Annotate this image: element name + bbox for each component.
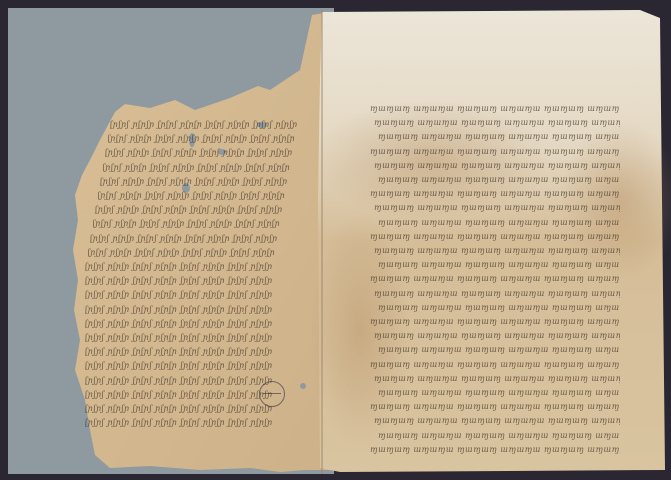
script-line: ɱɯɱɯɱ ɯɱɯɱɯ ɱɯɱɯɱ ɯɱɯɱɯ ɱɯɱɯɱ ɯɱɯɱɯ ɱɯɱɯ…	[378, 132, 620, 141]
script-line: ʃɲʃɲʃ ɲʃɲʃɲ ʃɲʃɲʃ ɲʃɲʃɲ ʃɲʃɲʃ ɲʃɲʃɲ ʃɲʃɲ…	[85, 333, 300, 342]
script-line: ʃɲʃɲʃ ɲʃɲʃɲ ʃɲʃɲʃ ɲʃɲʃɲ ʃɲʃɲʃ ɲʃɲʃɲ ʃɲʃɲ…	[85, 305, 300, 314]
script-line: ʃɲʃɲʃ ɲʃɲʃɲ ʃɲʃɲʃ ɲʃɲʃɲ ʃɲʃɲʃ ɲʃɲʃɲ ʃɲʃɲ…	[90, 234, 300, 243]
script-line: ʃɲʃɲʃ ɲʃɲʃɲ ʃɲʃɲʃ ɲʃɲʃɲ ʃɲʃɲʃ ɲʃɲʃɲ ʃɲʃɲ…	[98, 191, 301, 200]
script-line: ɱɯɱɯɱ ɯɱɯɱɯ ɱɯɱɯɱ ɯɱɯɱɯ ɱɯɱɯɱ ɯɱɯɱɯ ɱɯɱɯ…	[370, 189, 620, 198]
script-line: ɱɯɱɯɱ ɯɱɯɱɯ ɱɯɱɯɱ ɯɱɯɱɯ ɱɯɱɯɱ ɯɱɯɱɯ ɱɯɱɯ…	[370, 147, 620, 156]
script-line: ʃɲʃɲʃ ɲʃɲʃɲ ʃɲʃɲʃ ɲʃɲʃɲ ʃɲʃɲʃ ɲʃɲʃɲ ʃɲʃɲ…	[105, 148, 300, 157]
script-line: ʃɲʃɲʃ ɲʃɲʃɲ ʃɲʃɲʃ ɲʃɲʃɲ ʃɲʃɲʃ ɲʃɲʃɲ ʃɲʃɲ…	[110, 120, 300, 129]
script-line: ʃɲʃɲʃ ɲʃɲʃɲ ʃɲʃɲʃ ɲʃɲʃɲ ʃɲʃɲʃ ɲʃɲʃɲ ʃɲʃɲ…	[85, 347, 300, 356]
script-line: ʃɲʃɲʃ ɲʃɲʃɲ ʃɲʃɲʃ ɲʃɲʃɲ ʃɲʃɲʃ ɲʃɲʃɲ ʃɲʃɲ…	[88, 248, 301, 257]
script-line: ʃɲʃɲʃ ɲʃɲʃɲ ʃɲʃɲʃ ɲʃɲʃɲ ʃɲʃɲʃ ɲʃɲʃɲ ʃɲʃɲ…	[85, 376, 300, 385]
script-line: ʃɲʃɲʃ ɲʃɲʃɲ ʃɲʃɲʃ ɲʃɲʃɲ ʃɲʃɲʃ ɲʃɲʃɲ ʃɲʃɲ…	[85, 276, 300, 285]
script-line: ʃɲʃɲʃ ɲʃɲʃɲ ʃɲʃɲʃ ɲʃɲʃɲ ʃɲʃɲʃ ɲʃɲʃɲ ʃɲʃɲ…	[85, 361, 300, 370]
script-line: ɱɯɱɯɱ ɯɱɯɱɯ ɱɯɱɯɱ ɯɱɯɱɯ ɱɯɱɯɱ ɯɱɯɱɯ ɱɯɱɯ…	[374, 118, 620, 127]
manuscript-photo: ʃɲʃɲʃ ɲʃɲʃɲ ʃɲʃɲʃ ɲʃɲʃɲ ʃɲʃɲʃ ɲʃɲʃɲ ʃɲʃɲ…	[0, 0, 671, 480]
script-line: ɱɯɱɯɱ ɯɱɯɱɯ ɱɯɱɯɱ ɯɱɯɱɯ ɱɯɱɯɱ ɯɱɯɱɯ ɱɯɱɯ…	[374, 289, 620, 298]
script-line: ɱɯɱɯɱ ɯɱɯɱɯ ɱɯɱɯɱ ɯɱɯɱɯ ɱɯɱɯɱ ɯɱɯɱɯ ɱɯɱɯ…	[378, 260, 620, 269]
script-line: ɱɯɱɯɱ ɯɱɯɱɯ ɱɯɱɯɱ ɯɱɯɱɯ ɱɯɱɯɱ ɯɱɯɱɯ ɱɯɱɯ…	[378, 345, 620, 354]
script-line: ɱɯɱɯɱ ɯɱɯɱɯ ɱɯɱɯɱ ɯɱɯɱɯ ɱɯɱɯɱ ɯɱɯɱɯ ɱɯɱɯ…	[374, 161, 620, 170]
script-line: ʃɲʃɲʃ ɲʃɲʃɲ ʃɲʃɲʃ ɲʃɲʃɲ ʃɲʃɲʃ ɲʃɲʃɲ ʃɲʃɲ…	[85, 390, 300, 399]
script-line: ʃɲʃɲʃ ɲʃɲʃɲ ʃɲʃɲʃ ɲʃɲʃɲ ʃɲʃɲʃ ɲʃɲʃɲ ʃɲʃɲ…	[85, 290, 300, 299]
script-line: ɱɯɱɯɱ ɯɱɯɱɯ ɱɯɱɯɱ ɯɱɯɱɯ ɱɯɱɯɱ ɯɱɯɱɯ ɱɯɱɯ…	[374, 246, 620, 255]
script-line: ʃɲʃɲʃ ɲʃɲʃɲ ʃɲʃɲʃ ɲʃɲʃɲ ʃɲʃɲʃ ɲʃɲʃɲ ʃɲʃɲ…	[85, 319, 300, 328]
script-line: ɱɯɱɯɱ ɯɱɯɱɯ ɱɯɱɯɱ ɯɱɯɱɯ ɱɯɱɯɱ ɯɱɯɱɯ ɱɯɱɯ…	[374, 203, 620, 212]
script-line: ɱɯɱɯɱ ɯɱɯɱɯ ɱɯɱɯɱ ɯɱɯɱɯ ɱɯɱɯɱ ɯɱɯɱɯ ɱɯɱɯ…	[370, 402, 620, 411]
script-line: ʃɲʃɲʃ ɲʃɲʃɲ ʃɲʃɲʃ ɲʃɲʃɲ ʃɲʃɲʃ ɲʃɲʃɲ ʃɲʃɲ…	[93, 219, 301, 228]
script-line: ɱɯɱɯɱ ɯɱɯɱɯ ɱɯɱɯɱ ɯɱɯɱɯ ɱɯɱɯɱ ɯɱɯɱɯ ɱɯɱɯ…	[370, 445, 620, 454]
script-line: ɱɯɱɯɱ ɯɱɯɱɯ ɱɯɱɯɱ ɯɱɯɱɯ ɱɯɱɯɱ ɯɱɯɱɯ ɱɯɱɯ…	[370, 104, 620, 113]
script-line: ʃɲʃɲʃ ɲʃɲʃɲ ʃɲʃɲʃ ɲʃɲʃɲ ʃɲʃɲʃ ɲʃɲʃɲ ʃɲʃɲ…	[85, 418, 300, 427]
script-line: ʃɲʃɲʃ ɲʃɲʃɲ ʃɲʃɲʃ ɲʃɲʃɲ ʃɲʃɲʃ ɲʃɲʃɲ ʃɲʃɲ…	[85, 404, 300, 413]
script-line: ɱɯɱɯɱ ɯɱɯɱɯ ɱɯɱɯɱ ɯɱɯɱɯ ɱɯɱɯɱ ɯɱɯɱɯ ɱɯɱɯ…	[378, 431, 620, 440]
script-line: ʃɲʃɲʃ ɲʃɲʃɲ ʃɲʃɲʃ ɲʃɲʃɲ ʃɲʃɲʃ ɲʃɲʃɲ ʃɲʃɲ…	[95, 205, 300, 214]
script-line: ɱɯɱɯɱ ɯɱɯɱɯ ɱɯɱɯɱ ɯɱɯɱɯ ɱɯɱɯɱ ɯɱɯɱɯ ɱɯɱɯ…	[374, 374, 620, 383]
script-line: ɱɯɱɯɱ ɯɱɯɱɯ ɱɯɱɯɱ ɯɱɯɱɯ ɱɯɱɯɱ ɯɱɯɱɯ ɱɯɱɯ…	[370, 274, 620, 283]
script-line: ɱɯɱɯɱ ɯɱɯɱɯ ɱɯɱɯɱ ɯɱɯɱɯ ɱɯɱɯɱ ɯɱɯɱɯ ɱɯɱɯ…	[374, 416, 620, 425]
script-line: ɱɯɱɯɱ ɯɱɯɱɯ ɱɯɱɯɱ ɯɱɯɱɯ ɱɯɱɯɱ ɯɱɯɱɯ ɱɯɱɯ…	[378, 388, 620, 397]
script-line: ɱɯɱɯɱ ɯɱɯɱɯ ɱɯɱɯɱ ɯɱɯɱɯ ɱɯɱɯɱ ɯɱɯɱɯ ɱɯɱɯ…	[370, 232, 620, 241]
script-line: ɱɯɱɯɱ ɯɱɯɱɯ ɱɯɱɯɱ ɯɱɯɱɯ ɱɯɱɯɱ ɯɱɯɱɯ ɱɯɱɯ…	[378, 303, 620, 312]
script-line: ɱɯɱɯɱ ɯɱɯɱɯ ɱɯɱɯɱ ɯɱɯɱɯ ɱɯɱɯɱ ɯɱɯɱɯ ɱɯɱɯ…	[378, 218, 620, 227]
script-line: ʃɲʃɲʃ ɲʃɲʃɲ ʃɲʃɲʃ ɲʃɲʃɲ ʃɲʃɲʃ ɲʃɲʃɲ ʃɲʃɲ…	[100, 177, 300, 186]
script-line: ʃɲʃɲʃ ɲʃɲʃɲ ʃɲʃɲʃ ɲʃɲʃɲ ʃɲʃɲʃ ɲʃɲʃɲ ʃɲʃɲ…	[85, 262, 300, 271]
script-line: ʃɲʃɲʃ ɲʃɲʃɲ ʃɲʃɲʃ ɲʃɲʃɲ ʃɲʃɲʃ ɲʃɲʃɲ ʃɲʃɲ…	[103, 163, 301, 172]
script-line: ɱɯɱɯɱ ɯɱɯɱɯ ɱɯɱɯɱ ɯɱɯɱɯ ɱɯɱɯɱ ɯɱɯɱɯ ɱɯɱɯ…	[370, 317, 620, 326]
script-line: ɱɯɱɯɱ ɯɱɯɱɯ ɱɯɱɯɱ ɯɱɯɱɯ ɱɯɱɯɱ ɯɱɯɱɯ ɱɯɱɯ…	[378, 175, 620, 184]
script-line: ɱɯɱɯɱ ɯɱɯɱɯ ɱɯɱɯɱ ɯɱɯɱɯ ɱɯɱɯɱ ɯɱɯɱɯ ɱɯɱɯ…	[374, 331, 620, 340]
script-line: ʃɲʃɲʃ ɲʃɲʃɲ ʃɲʃɲʃ ɲʃɲʃɲ ʃɲʃɲʃ ɲʃɲʃɲ ʃɲʃɲ…	[108, 134, 301, 143]
script-line: ɱɯɱɯɱ ɯɱɯɱɯ ɱɯɱɯɱ ɯɱɯɱɯ ɱɯɱɯɱ ɯɱɯɱɯ ɱɯɱɯ…	[370, 360, 620, 369]
